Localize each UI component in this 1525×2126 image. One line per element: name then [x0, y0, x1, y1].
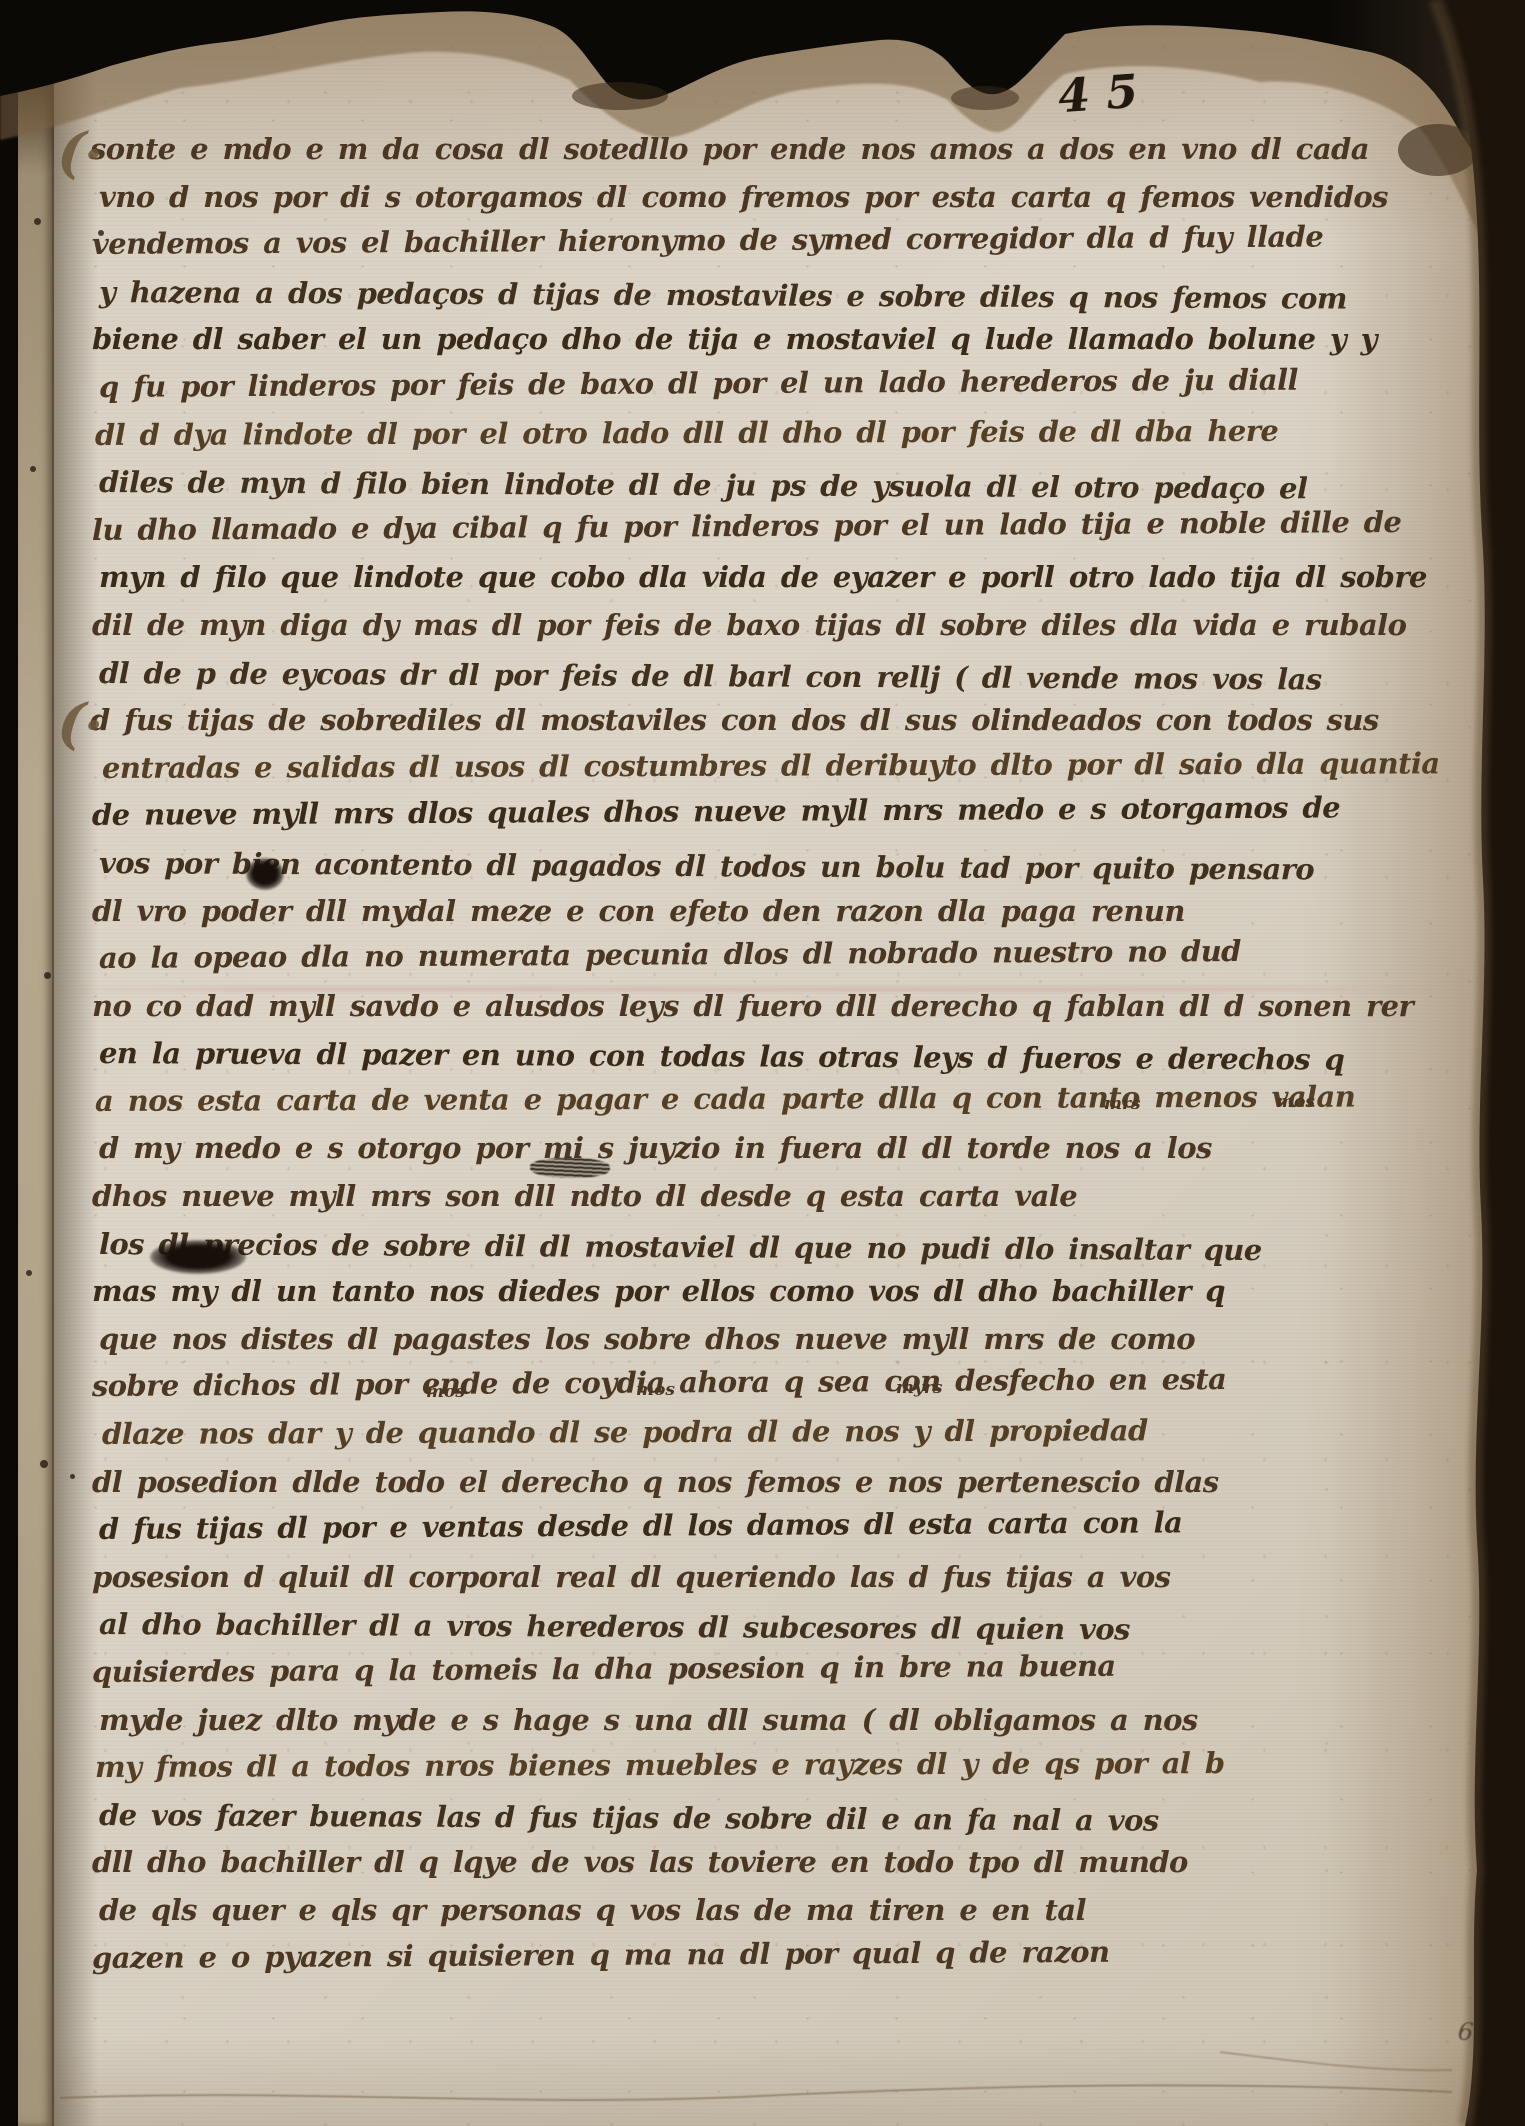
- manuscript-line-text: lu dho llamado e dya cibal q fu por lind…: [92, 505, 1401, 547]
- ink-speck: [98, 230, 104, 236]
- ink-speck: [30, 466, 36, 472]
- manuscript-line: sobre dichos dl por ende de coydia ahora…: [92, 1355, 1444, 1411]
- paragraph-mark: (·: [56, 707, 83, 739]
- folio-number: 45: [1056, 63, 1156, 124]
- manuscript-line-text: ao la opeao dla no numerata pecunia dlos…: [99, 934, 1241, 975]
- manuscript-line-text: d my medo e s otorgo por mi s juyzio in …: [99, 1131, 1212, 1165]
- paragraph-mark: (·: [56, 136, 83, 168]
- ink-speck: [40, 1460, 48, 1468]
- manuscript-line: de vos fazer buenas las d fus tijas de s…: [92, 1792, 1444, 1847]
- manuscript-line-text: gazen e o pyazen si quisieren q ma na dl…: [92, 1934, 1110, 1974]
- manuscript-line-text: dl posedion dlde todo el derecho q nos f…: [92, 1465, 1218, 1499]
- manuscript-line: (·d fus tijas de sobrediles dl mostavile…: [92, 697, 1444, 745]
- manuscript-line: dl d dya lindote dl por el otro lado dll…: [95, 407, 1447, 459]
- manuscript-line: dll dho bachiller dl q lqye de vos las t…: [92, 1839, 1444, 1887]
- manuscript-line: myde juez dlto myde e s hage s una dll s…: [92, 1697, 1444, 1745]
- manuscript-line-text: dil de myn diga dy mas dl por feis de ba…: [92, 608, 1406, 642]
- text-block: (·sonte e mdo e m da cosa dl sotedllo po…: [92, 126, 1444, 1982]
- manuscript-line: vos por bien acontento dl pagados dl tod…: [92, 840, 1444, 895]
- manuscript-line: vendemos a vos el bachiller hieronymo de…: [92, 213, 1444, 269]
- manuscript-line-text: dl d dya lindote dl por el otro lado dll…: [95, 413, 1278, 451]
- manuscript-line: d my medo e s otorgo por mi s juyzio in …: [92, 1125, 1444, 1173]
- manuscript-line-text: d fus tijas dl por e ventas desde dl los…: [99, 1506, 1182, 1547]
- manuscript-line-text: los dl precios de sobre dil dl mostaviel…: [99, 1227, 1262, 1267]
- manuscript-scan: 45 (·sonte e mdo e m da cosa dl sotedllo…: [0, 0, 1525, 2126]
- manuscript-line-text: dl de p de eycoas dr dl por feis de dl b…: [99, 656, 1322, 696]
- manuscript-line-text: mas my dl un tanto nos diedes por ellos …: [92, 1274, 1225, 1308]
- manuscript-line: my fmos dl a todos nros bienes muebles e…: [95, 1739, 1447, 1791]
- manuscript-line-text: dl vro poder dll mydal meze e con efeto …: [92, 894, 1185, 928]
- manuscript-line: dhos nueve myll mrs son dll ndto dl desd…: [92, 1173, 1444, 1221]
- manuscript-line: y hazena a dos pedaços d tijas de mostav…: [92, 269, 1444, 324]
- manuscript-line: no co dad myll savdo e alusdos leys dl f…: [92, 983, 1444, 1031]
- interlinear-insertion: mos: [636, 1380, 675, 1400]
- corner-mark: 6: [1457, 2017, 1475, 2046]
- manuscript-line-text: myn d filo que lindote que cobo dla vida…: [99, 560, 1427, 594]
- manuscript-line-text: al dho bachiller dl a vros herederos dl …: [99, 1607, 1130, 1646]
- manuscript-line-text: myde juez dlto myde e s hage s una dll s…: [99, 1703, 1198, 1737]
- manuscript-line: dlaze nos dar y de quando dl se podra dl…: [95, 1406, 1447, 1458]
- interlinear-insertion: mos: [1276, 1092, 1315, 1112]
- manuscript-line-text: de nueve myll mrs dlos quales dhos nueve…: [92, 791, 1340, 833]
- underlying-page-edge: [18, 64, 54, 2126]
- manuscript-line-text: de vos fazer buenas las d fus tijas de s…: [99, 1798, 1159, 1838]
- manuscript-line: quisierdes para q la tomeis la dha poses…: [92, 1641, 1444, 1697]
- ink-blot: [246, 858, 284, 890]
- ink-blot: [150, 1240, 246, 1274]
- manuscript-line-text: dll dho bachiller dl q lqye de vos las t…: [92, 1845, 1188, 1879]
- manuscript-line: dl de p de eycoas dr dl por feis de dl b…: [92, 650, 1444, 705]
- manuscript-line: (·sonte e mdo e m da cosa dl sotedllo po…: [92, 126, 1444, 174]
- crossed-out-word: [530, 1158, 610, 1178]
- manuscript-line-text: vno d nos por di s otorgamos dl como fre…: [99, 180, 1388, 214]
- manuscript-line-text: dlaze nos dar y de quando dl se podra dl…: [102, 1413, 1148, 1451]
- manuscript-line-text: d fus tijas de sobrediles dl mostaviles …: [90, 703, 1379, 737]
- manuscript-line-text: no co dad myll savdo e alusdos leys dl f…: [92, 989, 1413, 1023]
- manuscript-line: gazen e o pyazen si quisieren q ma na dl…: [92, 1926, 1444, 1982]
- manuscript-line-text: vendemos a vos el bachiller hieronymo de…: [92, 220, 1323, 262]
- ink-speck: [34, 218, 41, 225]
- manuscript-line-text: a nos esta carta de venta e pagar e cada…: [95, 1079, 1355, 1117]
- manuscript-line: myn d filo que lindote que cobo dla vida…: [92, 554, 1444, 602]
- manuscript-line-text: posesion d qluil dl corporal real dl que…: [92, 1560, 1170, 1594]
- manuscript-line-text: entradas e salidas dl usos dl costumbres…: [102, 746, 1440, 785]
- manuscript-line: dil de myn diga dy mas dl por feis de ba…: [92, 602, 1444, 650]
- manuscript-line: d fus tijas dl por e ventas desde dl los…: [92, 1498, 1444, 1554]
- interlinear-insertion: myrs: [896, 1378, 942, 1398]
- manuscript-line-text: my fmos dl a todos nros bienes muebles e…: [95, 1746, 1225, 1784]
- ink-speck: [44, 972, 51, 979]
- manuscript-line-text: q fu por linderos por feis de baxo dl po…: [99, 363, 1298, 404]
- manuscript-line: posesion d qluil dl corporal real dl que…: [92, 1554, 1444, 1602]
- ink-speck: [70, 1474, 75, 1479]
- manuscript-line-text: dhos nueve myll mrs son dll ndto dl desd…: [92, 1179, 1077, 1213]
- manuscript-line-text: quisierdes para q la tomeis la dha poses…: [92, 1649, 1116, 1689]
- manuscript-line: q fu por linderos por feis de baxo dl po…: [92, 356, 1444, 412]
- manuscript-line: lu dho llamado e dya cibal q fu por lind…: [92, 498, 1444, 554]
- manuscript-line-text: y hazena a dos pedaços d tijas de mostav…: [99, 275, 1347, 316]
- manuscript-line: mas my dl un tanto nos diedes por ellos …: [92, 1268, 1444, 1316]
- manuscript-line-text: en la prueva dl pazer en uno con todas l…: [99, 1036, 1344, 1077]
- manuscript-line-text: sonte e mdo e m da cosa dl sotedllo por …: [90, 132, 1369, 166]
- interlinear-insertion: mrs: [1104, 1094, 1141, 1114]
- manuscript-line: los dl precios de sobre dil dl mostaviel…: [92, 1221, 1444, 1276]
- manuscript-line: ao la opeao dla no numerata pecunia dlos…: [92, 927, 1444, 983]
- manuscript-line: a nos esta carta de venta e pagar e cada…: [95, 1073, 1447, 1125]
- interlinear-insertion: mos: [426, 1382, 465, 1402]
- manuscript-line: de nueve myll mrs dlos quales dhos nueve…: [92, 784, 1444, 840]
- manuscript-line-text: que nos distes dl pagastes los sobre dho…: [99, 1322, 1195, 1356]
- manuscript-line-text: diles de myn d filo bien lindote dl de j…: [99, 465, 1308, 505]
- ink-speck: [26, 1270, 32, 1276]
- manuscript-line-text: de qls quer e qls qr personas q vos las …: [99, 1893, 1086, 1927]
- manuscript-line-text: biene dl saber el un pedaço dho de tija …: [92, 322, 1377, 356]
